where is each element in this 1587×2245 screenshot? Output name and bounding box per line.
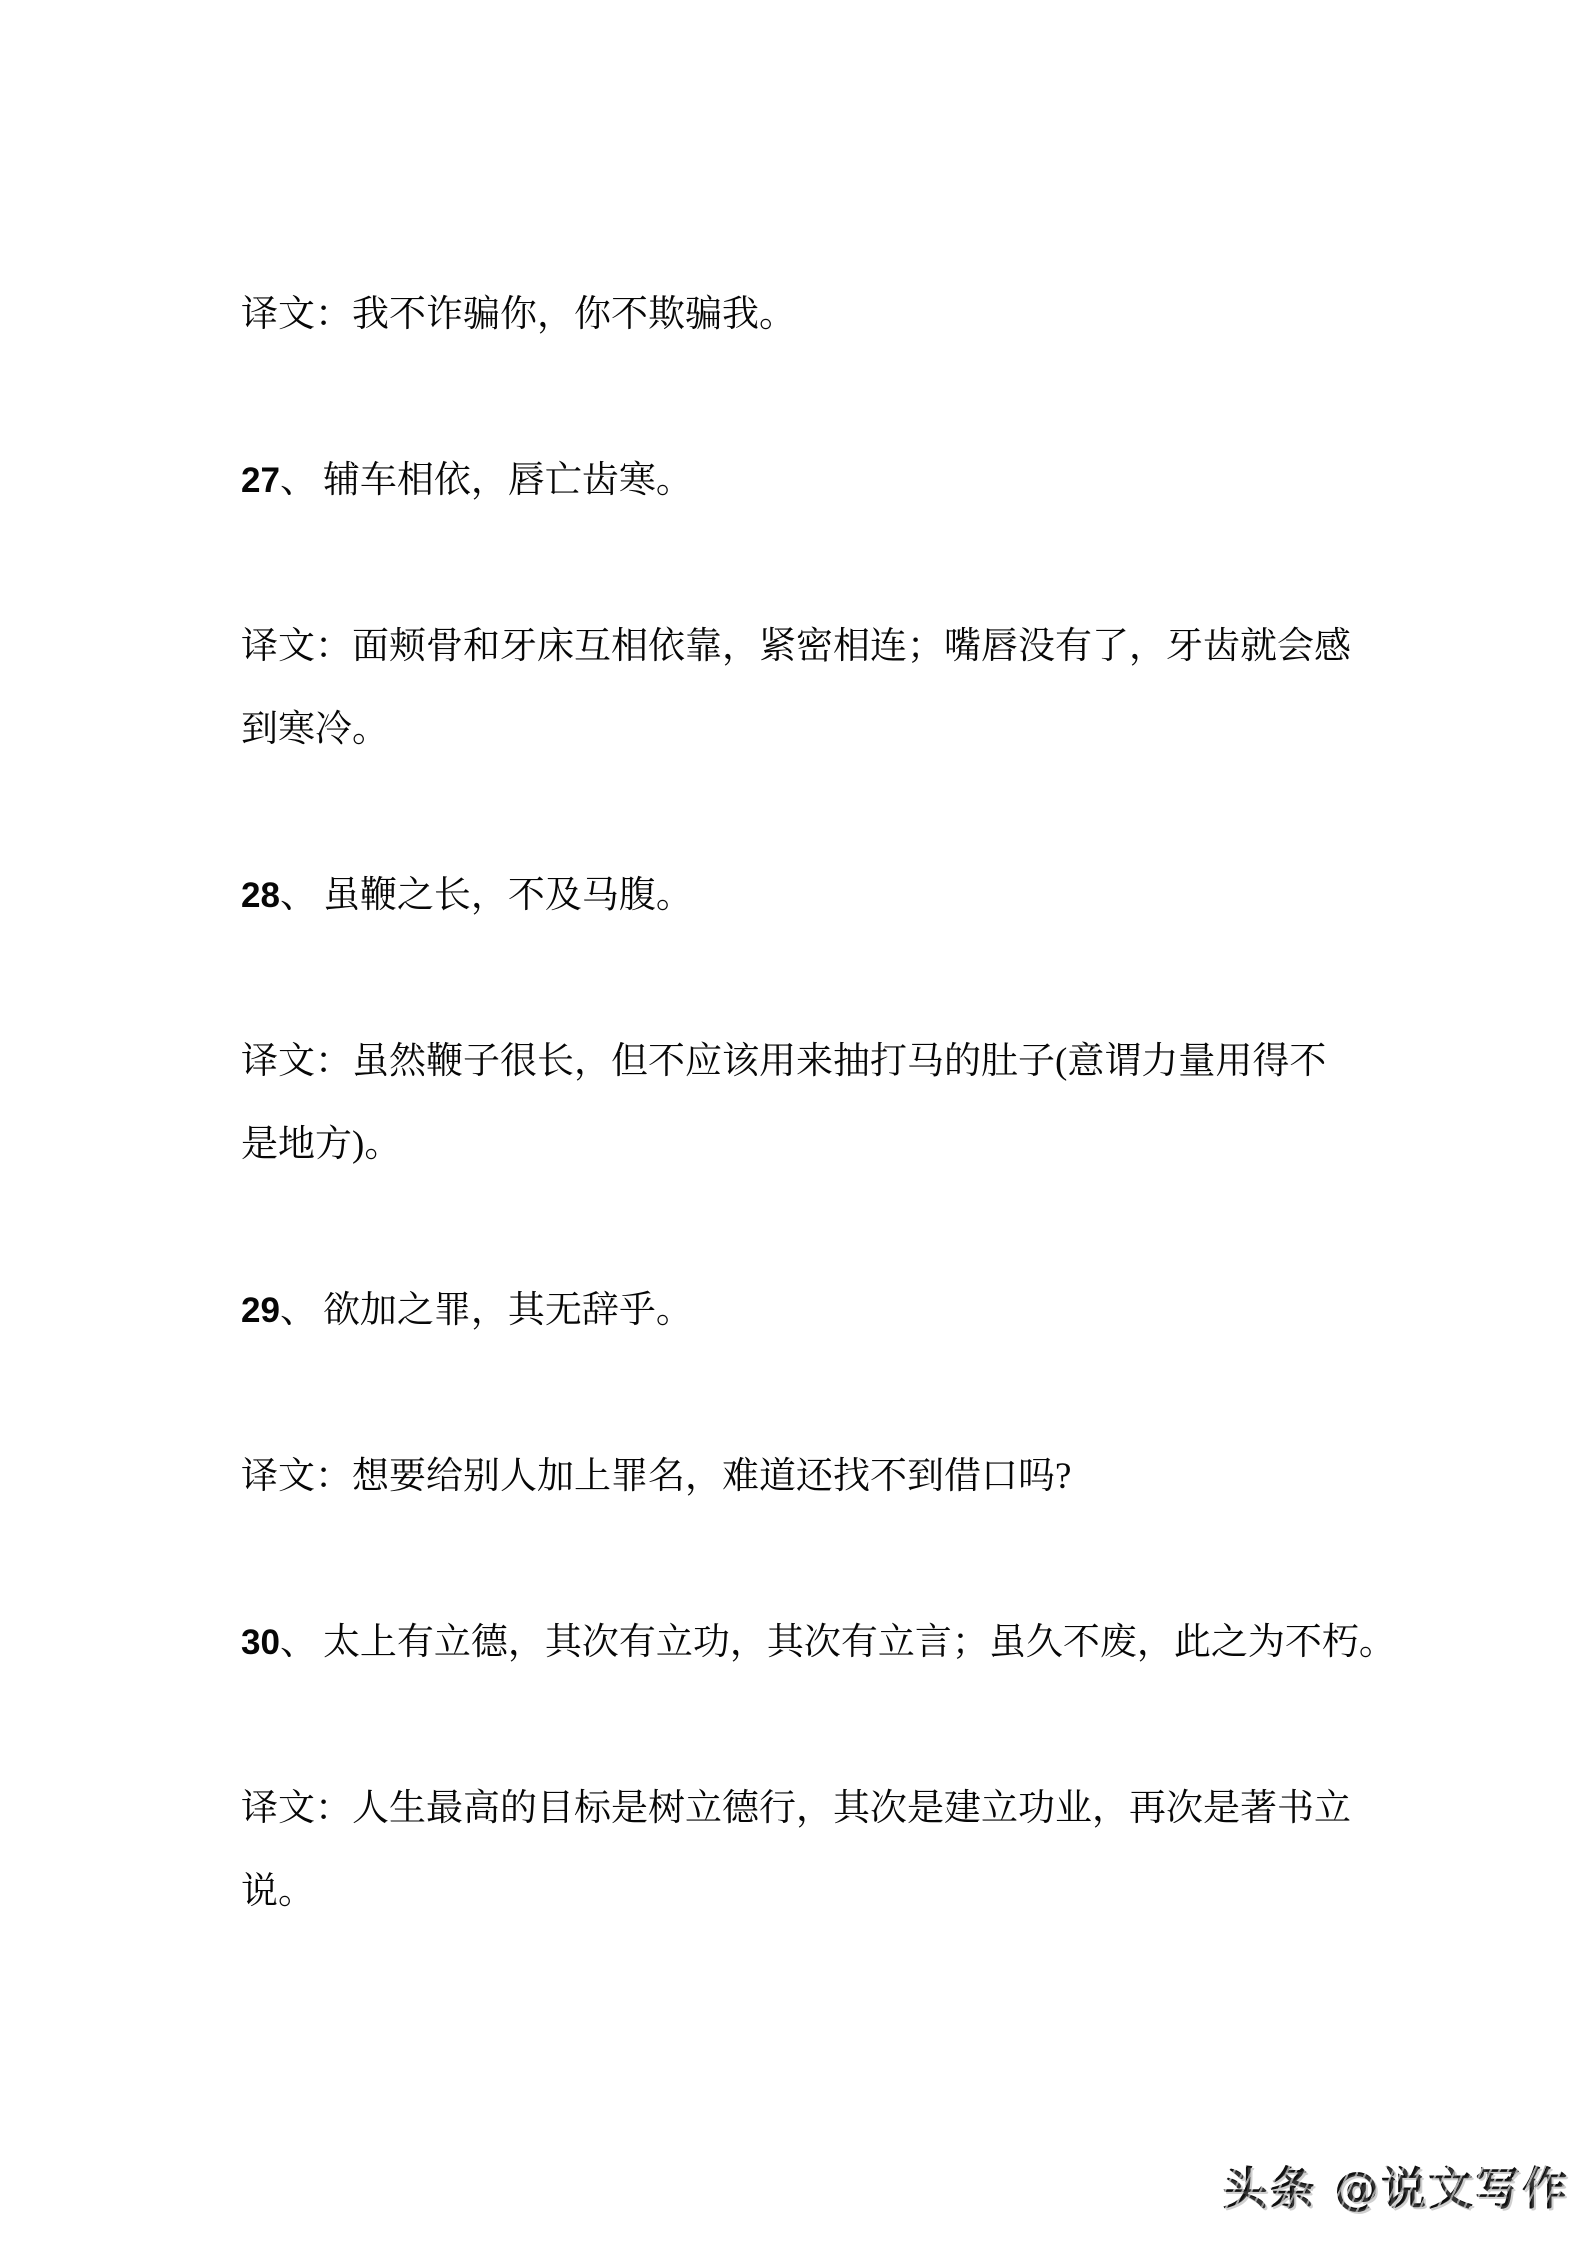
quote-number: 28 [241,876,280,915]
quote-separator: 、 [280,875,317,916]
translation-paragraph: 译文：面颊骨和牙床互相依靠，紧密相连；嘴唇没有了，牙齿就会感 到寒冷。 [241,605,1441,771]
quote-separator: 、 [280,1622,317,1663]
translation-line: 译文：虽然鞭子很长，但不应该用来抽打马的肚子(意谓力量用得不 [241,1020,1441,1103]
quote-number: 27 [241,461,280,500]
watermark-text: 头条 @说文写作 [1222,2162,1569,2215]
quote-text: 虽鞭之长，不及马腹。 [323,875,693,916]
document-content: 译文：我不诈骗你，你不欺骗我。 27、辅车相依，唇亡齿寒。 译文：面颊骨和牙床互… [241,273,1441,2016]
quote-paragraph: 28、虽鞭之长，不及马腹。 [241,854,1441,937]
translation-paragraph: 译文：人生最高的目标是树立德行，其次是建立功业，再次是著书立 说。 [241,1767,1441,1933]
quote-paragraph: 30、太上有立德，其次有立功，其次有立言；虽久不废，此之为不朽。 [241,1601,1441,1684]
translation-line: 是地方)。 [241,1103,1441,1186]
watermark: 头条 @说文写作 [1222,2166,1569,2211]
translation-line: 译文：面颊骨和牙床互相依靠，紧密相连；嘴唇没有了，牙齿就会感 [241,605,1441,688]
quote-paragraph: 27、辅车相依，唇亡齿寒。 [241,439,1441,522]
quote-separator: 、 [280,460,317,501]
translation-paragraph: 译文：我不诈骗你，你不欺骗我。 [241,273,1441,356]
translation-line: 译文：我不诈骗你，你不欺骗我。 [241,273,1441,356]
quote-number: 30 [241,1623,280,1662]
translation-line: 译文：想要给别人加上罪名，难道还找不到借口吗? [241,1435,1441,1518]
translation-paragraph: 译文：想要给别人加上罪名，难道还找不到借口吗? [241,1435,1441,1518]
quote-separator: 、 [280,1290,317,1331]
translation-paragraph: 译文：虽然鞭子很长，但不应该用来抽打马的肚子(意谓力量用得不 是地方)。 [241,1020,1441,1186]
translation-line: 译文：人生最高的目标是树立德行，其次是建立功业，再次是著书立 [241,1767,1441,1850]
quote-text: 太上有立德，其次有立功，其次有立言；虽久不废，此之为不朽。 [323,1622,1396,1663]
translation-line: 说。 [241,1850,1441,1933]
document-page: 译文：我不诈骗你，你不欺骗我。 27、辅车相依，唇亡齿寒。 译文：面颊骨和牙床互… [0,0,1587,2245]
quote-paragraph: 29、欲加之罪，其无辞乎。 [241,1269,1441,1352]
quote-text: 辅车相依，唇亡齿寒。 [323,460,693,501]
quote-text: 欲加之罪，其无辞乎。 [323,1290,693,1331]
translation-line: 到寒冷。 [241,688,1441,771]
quote-number: 29 [241,1291,280,1330]
